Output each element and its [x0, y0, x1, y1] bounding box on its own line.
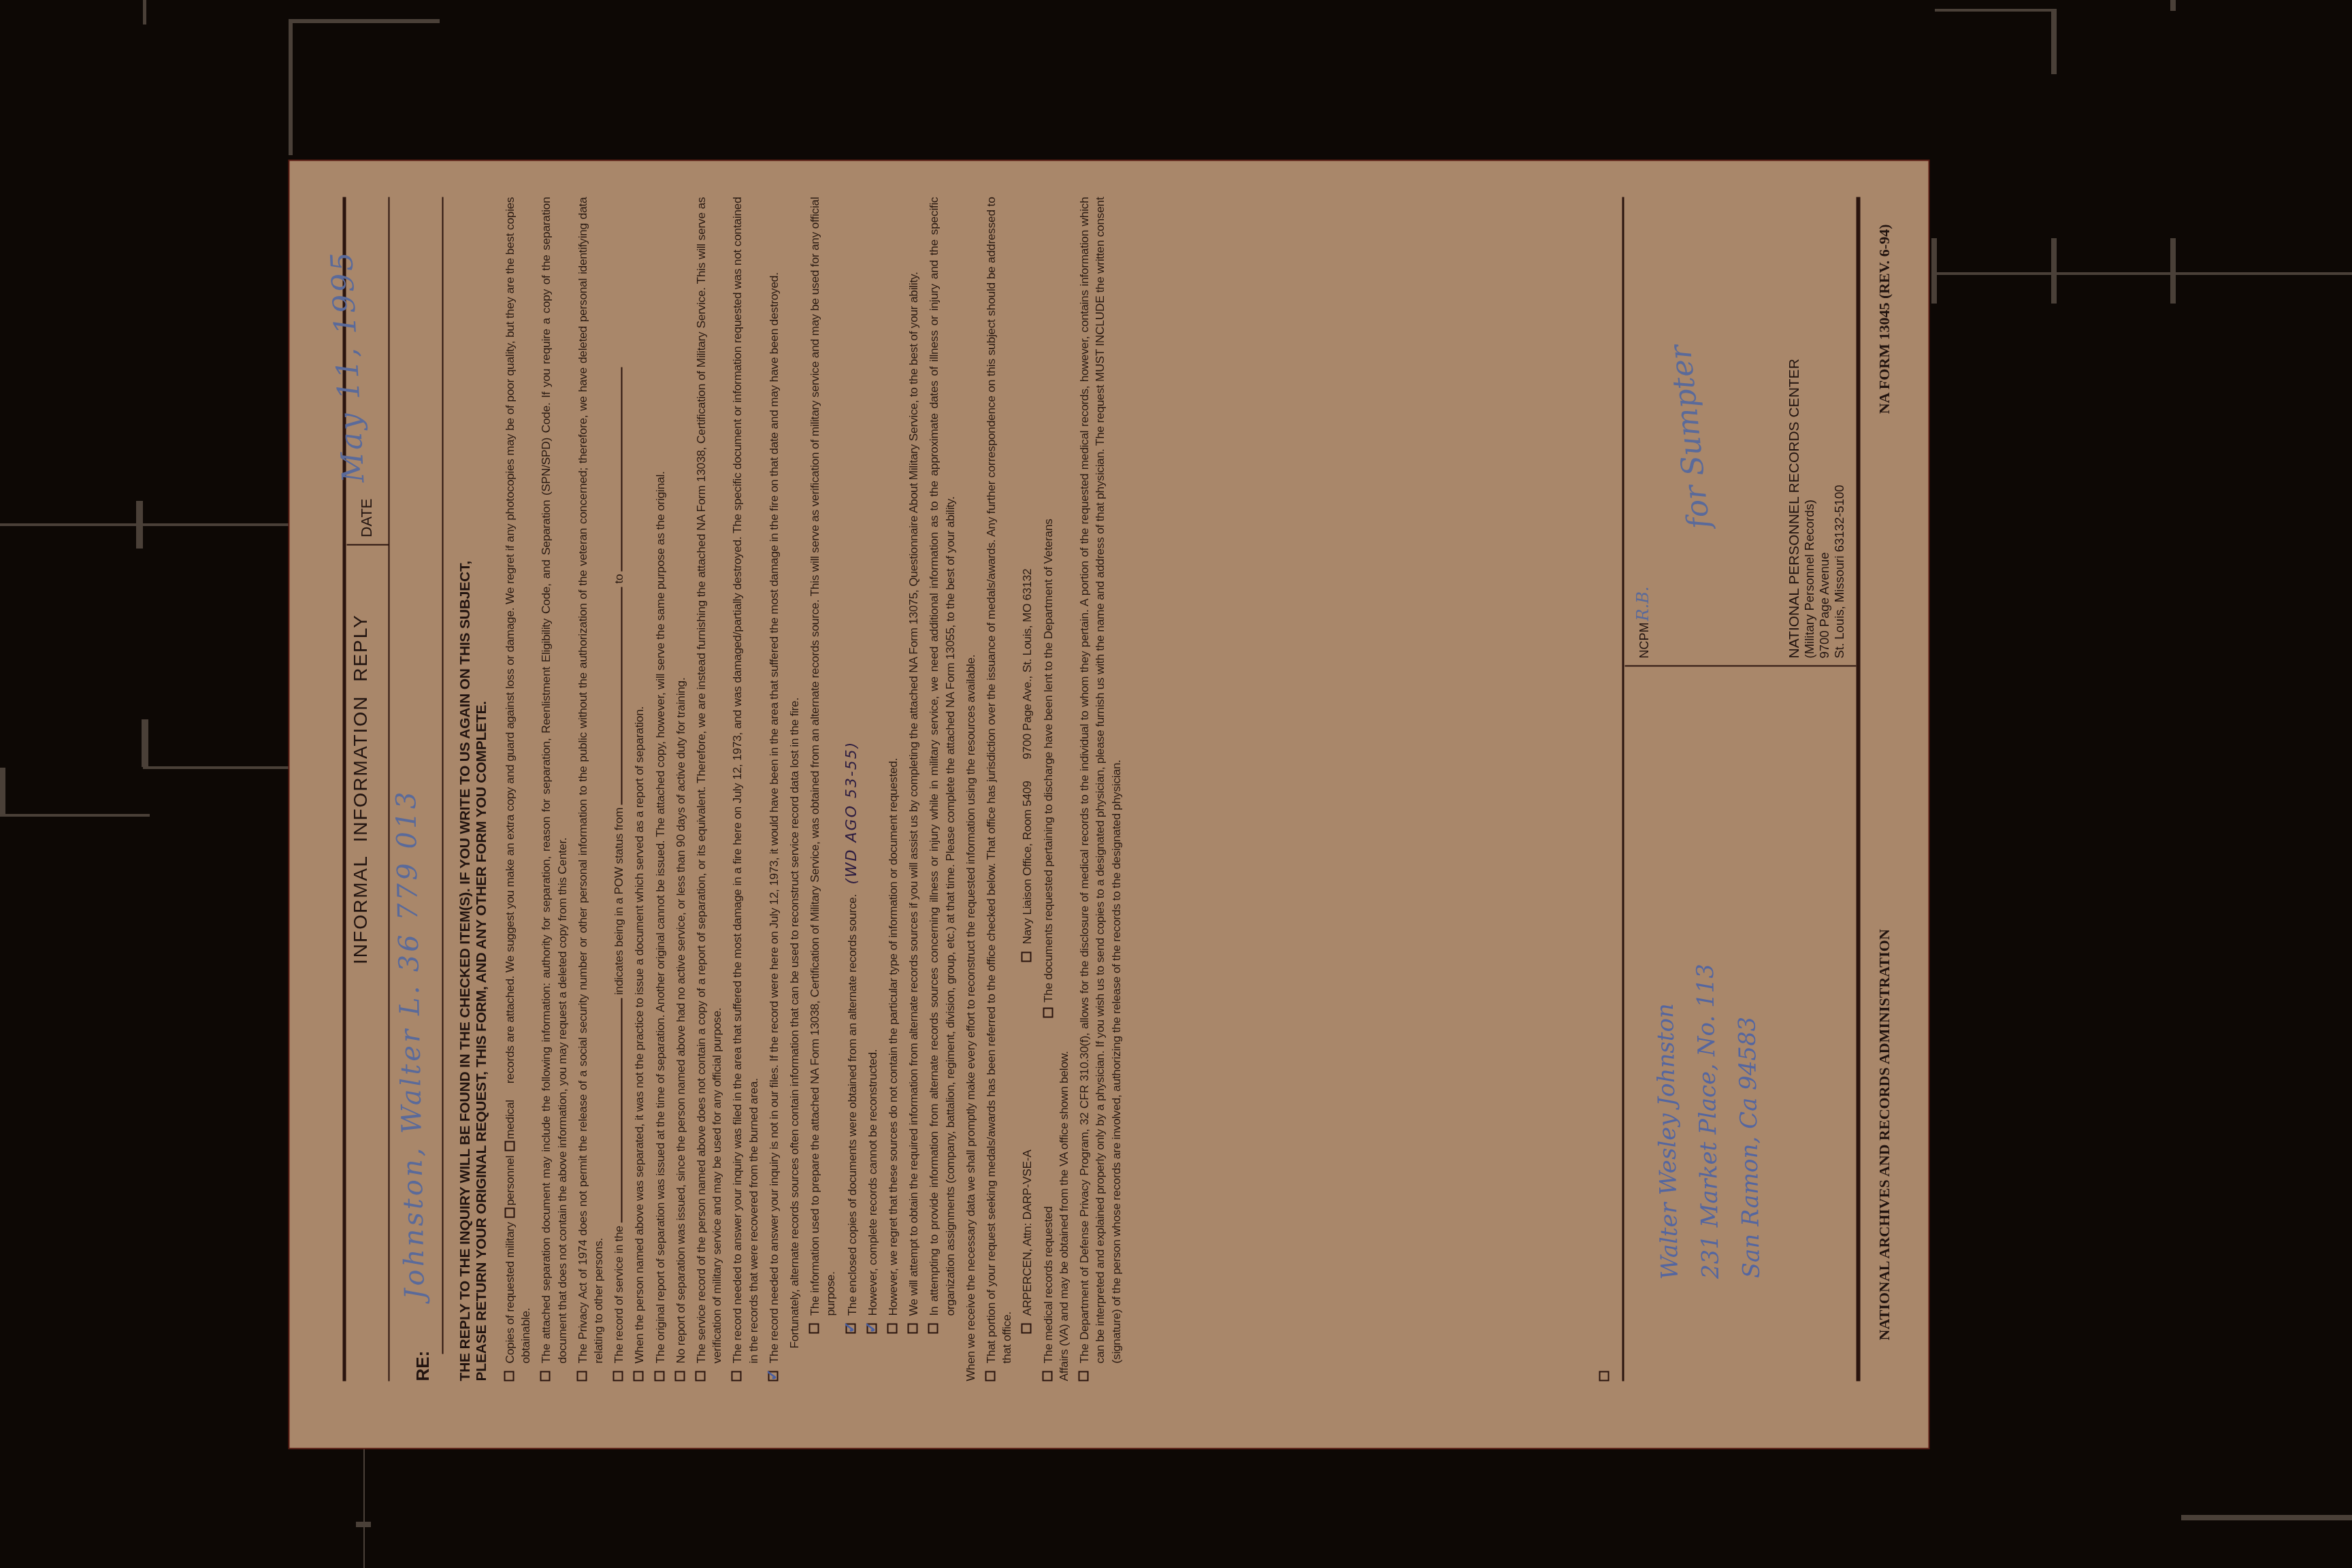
item-fire-damaged: The record needed to answer your inquiry…: [730, 197, 761, 1382]
item-no-copy: The service record of the person named a…: [693, 197, 725, 1382]
checkbox-arpercen[interactable]: [1022, 1324, 1032, 1334]
item-separation-doc: The attached separation document may inc…: [538, 197, 570, 1382]
item-text: No report of separation was issued, sinc…: [673, 677, 687, 1363]
checkbox-not-practice[interactable]: [634, 1371, 644, 1382]
form-number: NA FORM 13045 (REV. 6-94): [1876, 225, 1893, 414]
item-text: The enclosed copies of documents were ob…: [845, 894, 858, 1316]
pow-from-blank[interactable]: [621, 587, 623, 804]
handwritten-annotation: (WD AGO 53-55): [843, 741, 860, 885]
item-text: We will attempt to obtain the required i…: [906, 272, 920, 1316]
item-text: However, complete records cannot be reco…: [865, 1049, 879, 1316]
checkbox-na13038[interactable]: [809, 1324, 819, 1334]
checkbox-original-report[interactable]: [654, 1371, 664, 1382]
item-text: However, we regret that these sources do…: [886, 758, 900, 1316]
checkbox-medical[interactable]: [505, 1141, 515, 1151]
item-text: The attached separation document may inc…: [539, 197, 568, 1364]
item-text: The service record of the person named a…: [694, 197, 723, 1364]
checkbox-va-documents[interactable]: [1043, 1008, 1053, 1018]
checkbox-na13075[interactable]: [908, 1324, 918, 1334]
addressee-box: Walter Wesley Johnston 231 Market Place,…: [1625, 667, 1857, 1382]
item-fire-not-in-files: The record needed to answer your inquiry…: [766, 197, 781, 1382]
sender-city: St. Louis, Missouri 63132-5100: [1832, 359, 1847, 658]
item-va-medical: The medical records requested The docume…: [1040, 197, 1071, 1382]
item-text: The medical records requested: [1040, 1010, 1056, 1364]
item-no-report: No report of separation was issued, sinc…: [672, 197, 688, 1382]
checkbox-enclosed-copies[interactable]: [845, 1324, 855, 1334]
date-value[interactable]: May 11, 1995: [325, 249, 372, 483]
checkbox-medals[interactable]: [985, 1371, 996, 1382]
item-text: That portion of your request seeking med…: [984, 197, 1013, 1364]
item-text: In attempting to provide information fro…: [927, 197, 956, 1316]
addressee-handwritten: Walter Wesley Johnston 231 Market Place,…: [1618, 666, 1774, 1383]
item-text: The record needed to answer your inquiry…: [730, 197, 759, 1364]
when-text: When we receive the necessary data we sh…: [962, 197, 978, 1382]
item-regret-sources: However, we regret that these sources do…: [885, 197, 901, 1334]
office-label: Navy Liaison Office, Room 5409 9700 Page…: [1020, 569, 1034, 945]
pow-to-blank[interactable]: [621, 367, 623, 571]
instructions-heading: THE REPLY TO THE INQUIRY WILL BE FOUND I…: [457, 197, 490, 1382]
form-body: Copies of requested militarypersonnelmed…: [502, 197, 1129, 1382]
checkbox-dod-privacy[interactable]: [1079, 1371, 1089, 1382]
fortunately-text: Fortunately, alternate records sources o…: [787, 197, 802, 1349]
item-not-practice: When the person named above was separate…: [632, 197, 647, 1382]
item-na13075: We will attempt to obtain the required i…: [906, 197, 921, 1334]
item-text: The record of service in the: [612, 1226, 625, 1363]
heading-line-1: THE REPLY TO THE INQUIRY WILL BE FOUND I…: [457, 197, 474, 1382]
sender-name: NATIONAL PERSONNEL RECORDS CENTER: [1787, 359, 1802, 658]
date-divider: [347, 544, 389, 546]
sender-box: NCPMR.B. for Sumpter NATIONAL PERSONNEL …: [1625, 196, 1857, 667]
item-cannot-reconstruct: However, complete records cannot be reco…: [864, 197, 880, 1334]
item-text: The documents requested pertaining to di…: [1041, 519, 1054, 1002]
service-branch-blank[interactable]: [621, 998, 623, 1223]
checkbox-fire-damaged[interactable]: [732, 1371, 742, 1382]
medals-offices: ARPERCEN, Attn: DARP-VSE-A Navy Liaison …: [1019, 197, 1035, 1334]
item-enclosed-copies: The enclosed copies of documents were ob…: [843, 197, 860, 1334]
agency-name: NATIONAL ARCHIVES AND RECORDS ADMINISTRA…: [1876, 929, 1893, 1340]
re-label: RE:: [412, 1351, 434, 1382]
ncpm-code: NCPMR.B.: [1633, 587, 1652, 659]
item-pow-status: The record of service in the indicates b…: [611, 197, 627, 1382]
office-navy-liaison: Navy Liaison Office, Room 5409 9700 Page…: [1019, 569, 1035, 962]
item-dod-privacy: The Department of Defense Privacy Progra…: [1077, 197, 1124, 1382]
sender-address: NATIONAL PERSONNEL RECORDS CENTER (Milit…: [1787, 359, 1847, 658]
item-medals: That portion of your request seeking med…: [983, 197, 1015, 1382]
checkbox-navy-liaison[interactable]: [1022, 952, 1032, 962]
item-text: The record needed to answer your inquiry…: [766, 272, 780, 1363]
checkbox-regret-sources[interactable]: [887, 1324, 898, 1334]
item-original-report: The original report of separation was is…: [652, 197, 668, 1382]
item-text: to: [612, 574, 625, 584]
checkbox-no-report[interactable]: [674, 1371, 685, 1382]
checkbox-cannot-reconstruct[interactable]: [866, 1324, 877, 1334]
checkbox-blank-item[interactable]: [1599, 1371, 1610, 1382]
checkbox-pow-status[interactable]: [613, 1371, 623, 1382]
ncpm-label: NCPM: [1637, 623, 1651, 659]
option-personnel-label: personnel: [503, 1156, 517, 1206]
item-text: The Department of Defense Privacy Progra…: [1077, 197, 1122, 1364]
re-value[interactable]: Johnston, Walter L. 36 779 013: [391, 789, 431, 1300]
checkbox-privacy-act[interactable]: [576, 1371, 587, 1382]
item-na13055: In attempting to provide information fro…: [926, 197, 958, 1334]
checkbox-no-copy[interactable]: [696, 1371, 706, 1382]
item-text: The original report of separation was is…: [653, 471, 666, 1363]
ncpm-initials: R.B.: [1633, 587, 1652, 621]
item-na13038: The information used to prepare the atta…: [807, 197, 838, 1334]
item-text: The Privacy Act of 1974 does not permit …: [575, 197, 604, 1364]
date-bottom-rule: [389, 197, 390, 1382]
item-text: When the person named above was separate…: [632, 706, 646, 1364]
office-arpercen: ARPERCEN, Attn: DARP-VSE-A: [1019, 962, 1035, 1334]
date-label: DATE: [358, 498, 376, 537]
checkbox-separation-doc[interactable]: [540, 1371, 551, 1382]
checkbox-va-medical[interactable]: [1042, 1371, 1052, 1382]
item-privacy-act: The Privacy Act of 1974 does not permit …: [574, 197, 606, 1382]
item-text: Copies of requested military: [503, 1222, 517, 1364]
sender-street: 9700 Page Avenue: [1817, 359, 1832, 658]
office-label: ARPERCEN, Attn: DARP-VSE-A: [1020, 1149, 1034, 1316]
sender-subtitle: (Military Personnel Records): [1802, 359, 1817, 658]
checkbox-copies[interactable]: [504, 1371, 514, 1382]
footer-rule: [1857, 197, 1861, 1382]
item-text: indicates being in a POW status from: [612, 808, 625, 995]
heading-line-2: PLEASE RETURN YOUR ORIGINAL REQUEST, THI…: [474, 197, 490, 1382]
checkbox-personnel[interactable]: [505, 1208, 515, 1218]
option-medical-label: medical: [503, 1100, 517, 1139]
item-text: The information used to prepare the atta…: [808, 197, 837, 1316]
checkbox-fire-not-in-files[interactable]: [768, 1371, 778, 1382]
informal-information-reply-form: INFORMAL INFORMATION REPLY DATE May 11, …: [290, 161, 1929, 1448]
form-title: INFORMAL INFORMATION REPLY: [350, 497, 372, 1082]
item-copies: Copies of requested militarypersonnelmed…: [502, 197, 534, 1382]
re-rule: [442, 197, 444, 1354]
item-text: Affairs (VA) and may be obtained from th…: [1056, 197, 1071, 1382]
checkbox-na13055[interactable]: [928, 1324, 938, 1334]
signature: for Sumpter: [1663, 344, 1716, 531]
